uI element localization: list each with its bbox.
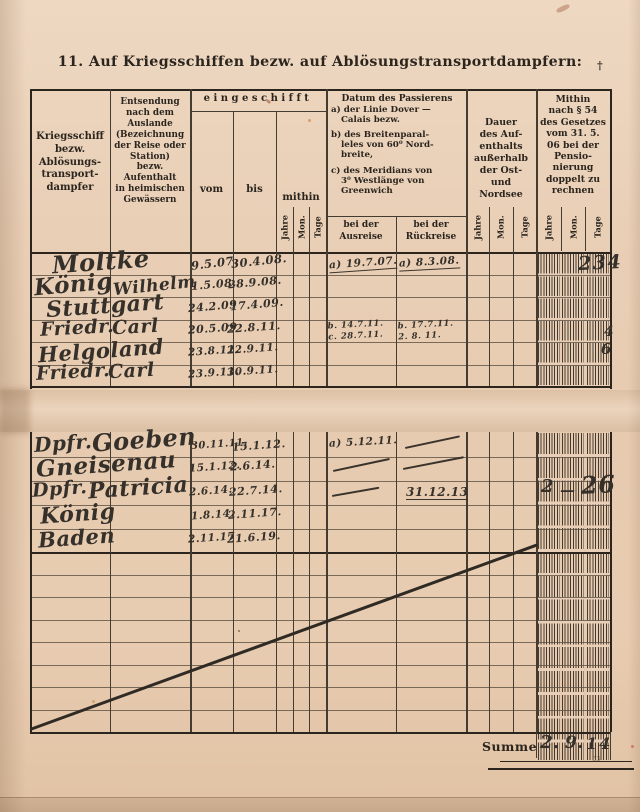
summe-tage: 14	[586, 735, 612, 753]
bottom-paper-edge	[0, 797, 640, 812]
grid-line	[30, 732, 611, 735]
grid-line	[293, 432, 294, 732]
grid-line	[190, 111, 326, 112]
entry-dash	[405, 435, 460, 449]
rot-label-jahre: Jahre	[466, 205, 489, 250]
hw-m54-value: 234	[577, 252, 622, 275]
paper-stain	[308, 119, 311, 122]
grid-line	[30, 665, 611, 666]
grid-line	[500, 761, 632, 763]
header-eingeschifft: eingeschifft	[190, 93, 326, 104]
hw-date-bis: 15.1.12.	[232, 438, 286, 454]
hw-rueckreise: 31.12.13	[406, 486, 468, 500]
hw-date-bis: 22.9.11.	[227, 342, 279, 357]
paper-stain	[556, 3, 571, 13]
hw-m54-mon: —	[560, 482, 576, 499]
paper-stain	[238, 630, 240, 632]
grid-line	[190, 89, 192, 386]
header-dauer: Dauer des Auf- enthalts außerhalb der Os…	[467, 117, 535, 201]
grid-line	[30, 505, 611, 506]
header-mithin: mithin	[276, 192, 326, 203]
crossout-diagonal	[30, 543, 538, 730]
header-datum-b: b) des Breitenparal- leles von 60⁰ Nord-…	[331, 131, 475, 161]
grid-line	[536, 432, 538, 732]
header-rueckreise: bei der Rückreise	[396, 220, 466, 243]
grid-line	[30, 89, 611, 92]
entry-dash	[403, 456, 464, 470]
header-datum-title: Datum des Passierens	[328, 94, 466, 104]
grid-line	[30, 597, 611, 598]
hw-ship-name2: Carl	[107, 360, 155, 383]
summe-mon: 9.	[565, 734, 584, 753]
header-datum-c: c) des Meridians von 3⁰ Westlänge von Gr…	[331, 167, 475, 197]
hw-m54-value: 4	[604, 325, 614, 340]
fold-left-smudge	[0, 388, 30, 434]
grid-line	[190, 432, 192, 732]
hw-ausreise: a) 19.7.07.	[329, 256, 398, 273]
hw-date-bis: 2.6.14.	[230, 458, 276, 473]
hw-ship-name: Baden	[37, 523, 116, 551]
rot-label-mon: Mon.	[293, 205, 310, 250]
hw-date-bis: 30.9.11.	[227, 364, 279, 379]
grid-line	[309, 432, 310, 732]
hw-rueckreise: b. 17.7.11. 2. 8. 11.	[397, 319, 454, 345]
header-ship: Kriegsschiff bezw. Ablösungs- transport-…	[31, 131, 109, 195]
grid-line	[326, 432, 328, 732]
grid-line	[30, 529, 611, 530]
grid-line	[30, 575, 611, 576]
rot-label-jahre: Jahre	[536, 205, 561, 250]
hw-ausreise: a) 5.12.11.	[329, 435, 398, 450]
grid-line	[276, 432, 277, 732]
footnote-mark: 63	[592, 755, 600, 763]
scanned-form-page: 11. Auf Kriegsschiffen bezw. auf Ablösun…	[0, 0, 640, 812]
rot-label-tage: Tage	[513, 205, 536, 250]
header-ausreise: bei der Ausreise	[326, 220, 396, 243]
fold-shadow	[0, 390, 640, 432]
grid-line	[30, 642, 611, 643]
paper-stain	[631, 745, 634, 748]
hw-date-bis: 21.6.19.	[227, 530, 281, 546]
header-bis: bis	[233, 184, 276, 195]
hw-ausreise: b. 14.7.11. c. 28.7.11.	[327, 319, 384, 345]
grid-line	[396, 432, 397, 732]
rot-label-jahre: Jahre	[276, 205, 293, 250]
entry-dash	[333, 458, 390, 472]
header-entsendung: Entsendung nach dem Auslande (Bezeichnun…	[111, 97, 189, 206]
grid-line	[466, 432, 468, 732]
grid-line	[30, 687, 611, 688]
hw-date-vom: 2.6.14.	[189, 484, 233, 499]
summe-label: Summe	[482, 739, 537, 754]
hw-ship-name: Friedr.	[36, 360, 111, 385]
hw-ship-name: Dpfr.	[31, 477, 88, 502]
page-title: 11. Auf Kriegsschiffen bezw. auf Ablösun…	[30, 54, 610, 70]
hw-date-bis: 22.8.11.	[227, 320, 281, 336]
grid-line	[30, 710, 611, 711]
grid-line	[30, 552, 611, 554]
paper-stain	[92, 700, 95, 703]
hw-date-bis: 2.11.17.	[228, 506, 282, 522]
hw-rueckreise: a) 8.3.08.	[399, 255, 460, 271]
entry-dash	[332, 487, 380, 497]
grid-line	[233, 432, 234, 732]
grid-line	[513, 432, 514, 732]
hw-date-bis: 28.9.08.	[228, 275, 283, 292]
summe-jahre: 2.	[540, 733, 560, 753]
hw-date-bis: 22.7.14.	[229, 483, 283, 499]
corner-mark: †	[597, 59, 603, 72]
header-datum-a: a) der Linie Dover — Calais bezw.	[331, 106, 475, 126]
grid-line	[489, 432, 490, 732]
grid-line	[30, 386, 611, 389]
hw-m54-tage: 26	[580, 471, 616, 499]
hw-date-bis: 30.4.08.	[230, 252, 287, 270]
header-mithin54: Mithin nach § 54 des Gesetzes vom 31. 5.…	[537, 94, 609, 197]
hw-m54-jahre: 2	[541, 477, 554, 497]
hw-m54-value: 6	[601, 341, 612, 358]
rot-label-tage: Tage	[585, 205, 610, 250]
grid-line	[488, 768, 634, 770]
rot-label-tage: Tage	[309, 205, 326, 250]
rot-label-mon: Mon.	[561, 205, 586, 250]
grid-line	[30, 620, 611, 621]
header-vom: vom	[190, 184, 233, 195]
grid-line	[30, 432, 32, 732]
rot-label-mon: Mon.	[489, 205, 512, 250]
